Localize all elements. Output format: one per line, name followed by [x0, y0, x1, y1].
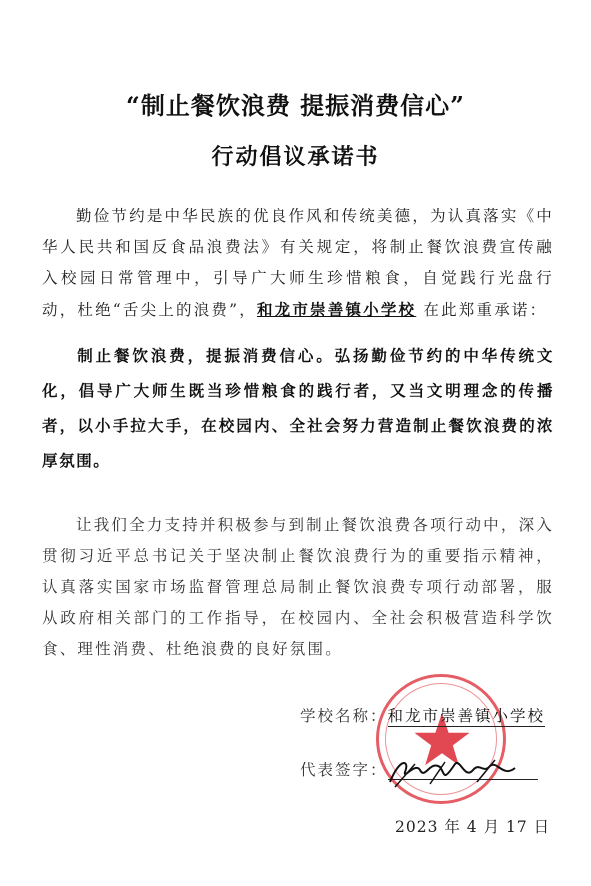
school-name-underlined: 和龙市崇善镇小学校: [257, 300, 416, 319]
school-name-row: 学校名称：和龙市崇善镇小学校: [300, 704, 545, 727]
document-subtitle: 行动倡议承诺书: [0, 140, 591, 171]
paragraph-commitment: 制止餐饮浪费，提振消费信心。弘扬勤俭节约的中华传统文化，倡导广大师生既当珍惜粮食…: [42, 339, 554, 479]
school-name-label: 学校名称：: [300, 707, 388, 725]
call-to-action-text: 让我们全力支持并积极参与到制止餐饮浪费各项行动中，深入贯彻习近平总书记关于坚决制…: [42, 516, 554, 658]
signing-date: 2023 年 4 月 17 日: [395, 815, 550, 837]
intro-text-end: 在此郑重承诺：: [416, 301, 547, 319]
paragraph-call-to-action: 让我们全力支持并积极参与到制止餐饮浪费各项行动中，深入贯彻习近平总书记关于坚决制…: [42, 510, 554, 665]
school-name-value: 和龙市崇善镇小学校: [388, 704, 546, 727]
handwritten-signature: [385, 752, 525, 792]
signature-label: 代表签字：: [300, 761, 388, 779]
paragraph-intro: 勤俭节约是中华民族的优良作风和传统美德，为认真落实《中华人民共和国反食品浪费法》…: [42, 201, 554, 326]
document-title: “制止餐饮浪费 提振消费信心”: [0, 86, 591, 121]
commitment-text: 制止餐饮浪费，提振消费信心。弘扬勤俭节约的中华传统文化，倡导广大师生既当珍惜粮食…: [42, 347, 554, 470]
